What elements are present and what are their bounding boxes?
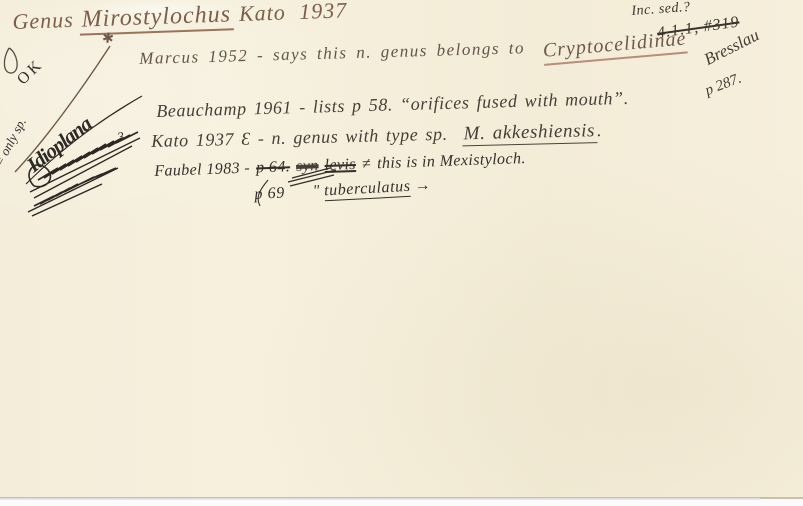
scribble-blot-2-strokes [28, 168, 118, 216]
scribble-blot-2 [34, 168, 116, 206]
arrow-mark: → [414, 177, 429, 195]
kato-entry-text: Kato 1937 Ɛ - n. genus with type sp. [151, 124, 448, 151]
ink-marks-overlay [0, 0, 803, 506]
incertae-sedis-note: Inc. sed.? [631, 0, 691, 20]
scrawled-genus-name: Idioplana [22, 112, 96, 177]
faubel-page-struck: p 64. [256, 158, 291, 176]
faubel-note: this is in Mexistyloch. [377, 150, 526, 172]
scanned-index-card: GenusMirostylochusKato 1937 ✱ Inc. sed.?… [0, 0, 803, 506]
card-title-line: GenusMirostylochusKato 1937 [12, 0, 348, 37]
marcus-entry: Marcus 1952 - says this n. genus belongs… [139, 38, 525, 68]
struck-species-levis: levis [324, 156, 356, 174]
genus-label: Genus [12, 7, 74, 34]
species-tuberculatus: tuberculatus [324, 178, 411, 202]
scribble-digit: 3 [116, 129, 126, 145]
faubel-page-69: p 69 [254, 184, 285, 203]
index-card: GenusMirostylochusKato 1937 ✱ Inc. sed.?… [0, 0, 803, 499]
kato-terminal-period: . [597, 120, 603, 140]
authority-text: Kato 1937 [239, 0, 348, 26]
scribbled-word: syn [296, 157, 319, 175]
faubel-continued-entry: p 69"tuberculatus→ [254, 177, 429, 204]
scan-bottom-edge [0, 498, 760, 500]
kato-entry: Kato 1937 Ɛ - n. genus with type sp.M. a… [151, 120, 602, 153]
beauchamp-entry: Beauchamp 1961 - lists p 58. “orifices f… [156, 88, 629, 122]
faubel-author: Faubel 1983 - [154, 160, 250, 180]
family-name: Cryptocelidinae [542, 27, 688, 65]
flourish-loop [4, 48, 17, 73]
asterisk-mark: ✱ [101, 31, 115, 49]
type-species-name: M. akkeshiensis [461, 120, 597, 146]
faubel-entry: Faubel 1983 -p 64.synlevis≠this is in Me… [154, 150, 532, 182]
bresslau-page: p 287. [703, 71, 744, 101]
ditto-mark: " [312, 183, 320, 200]
not-equal-sign: ≠ [362, 155, 372, 172]
ok-note: OK [14, 56, 48, 89]
